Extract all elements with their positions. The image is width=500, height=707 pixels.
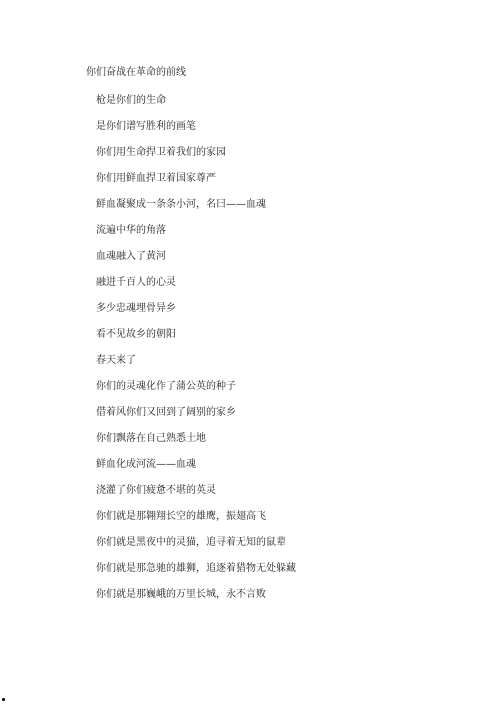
poem-line: 你们飘落在自己熟悉土地 xyxy=(96,432,296,458)
document-page: 你们奋战在革命的前线 枪是你们的生命 是你们谱写胜利的画笔 你们用生命捍卫着我们… xyxy=(0,0,500,707)
poem-line: 是你们谱写胜利的画笔 xyxy=(96,120,296,146)
poem-line: 你们用生命捍卫着我们的家园 xyxy=(96,146,296,172)
poem-line: 流遍中华的角落 xyxy=(96,224,296,250)
poem-line: 浇灌了你们疲惫不堪的英灵 xyxy=(96,484,296,510)
poem-line: 看不见故乡的朝阳 xyxy=(96,328,296,354)
poem-line: 多少忠魂埋骨异乡 xyxy=(96,302,296,328)
poem-line: 你们就是那翱翔长空的雄鹰，振翅高飞 xyxy=(96,510,296,536)
poem-line: 鲜血凝聚成一条条小河，名曰——血魂 xyxy=(96,198,296,224)
poem-line: 鲜血化成河流——血魂 xyxy=(96,458,296,484)
poem-lines: 枪是你们的生命 是你们谱写胜利的画笔 你们用生命捍卫着我们的家园 你们用鲜血捍卫… xyxy=(96,94,296,614)
poem-line: 你们就是黑夜中的灵猫，追寻着无知的鼠辈 xyxy=(96,536,296,562)
poem-line: 你们就是那巍峨的万里长城，永不言败 xyxy=(96,588,296,614)
poem-line: 你们的灵魂化作了蒲公英的种子 xyxy=(96,380,296,406)
poem-line: 融进千百人的心灵 xyxy=(96,276,296,302)
poem-line: 你们用鲜血捍卫着国家尊严 xyxy=(96,172,296,198)
poem-line: 枪是你们的生命 xyxy=(96,94,296,120)
bullet-dot xyxy=(2,698,5,701)
poem-line: 借着风你们又回到了阔别的家乡 xyxy=(96,406,296,432)
poem-line: 你们就是那急驰的雄狮，追逐着猎物无处躲藏 xyxy=(96,562,296,588)
poem-line: 春天来了 xyxy=(96,354,296,380)
poem-first-line: 你们奋战在革命的前线 xyxy=(86,66,186,80)
poem-line: 血魂融入了黄河 xyxy=(96,250,296,276)
